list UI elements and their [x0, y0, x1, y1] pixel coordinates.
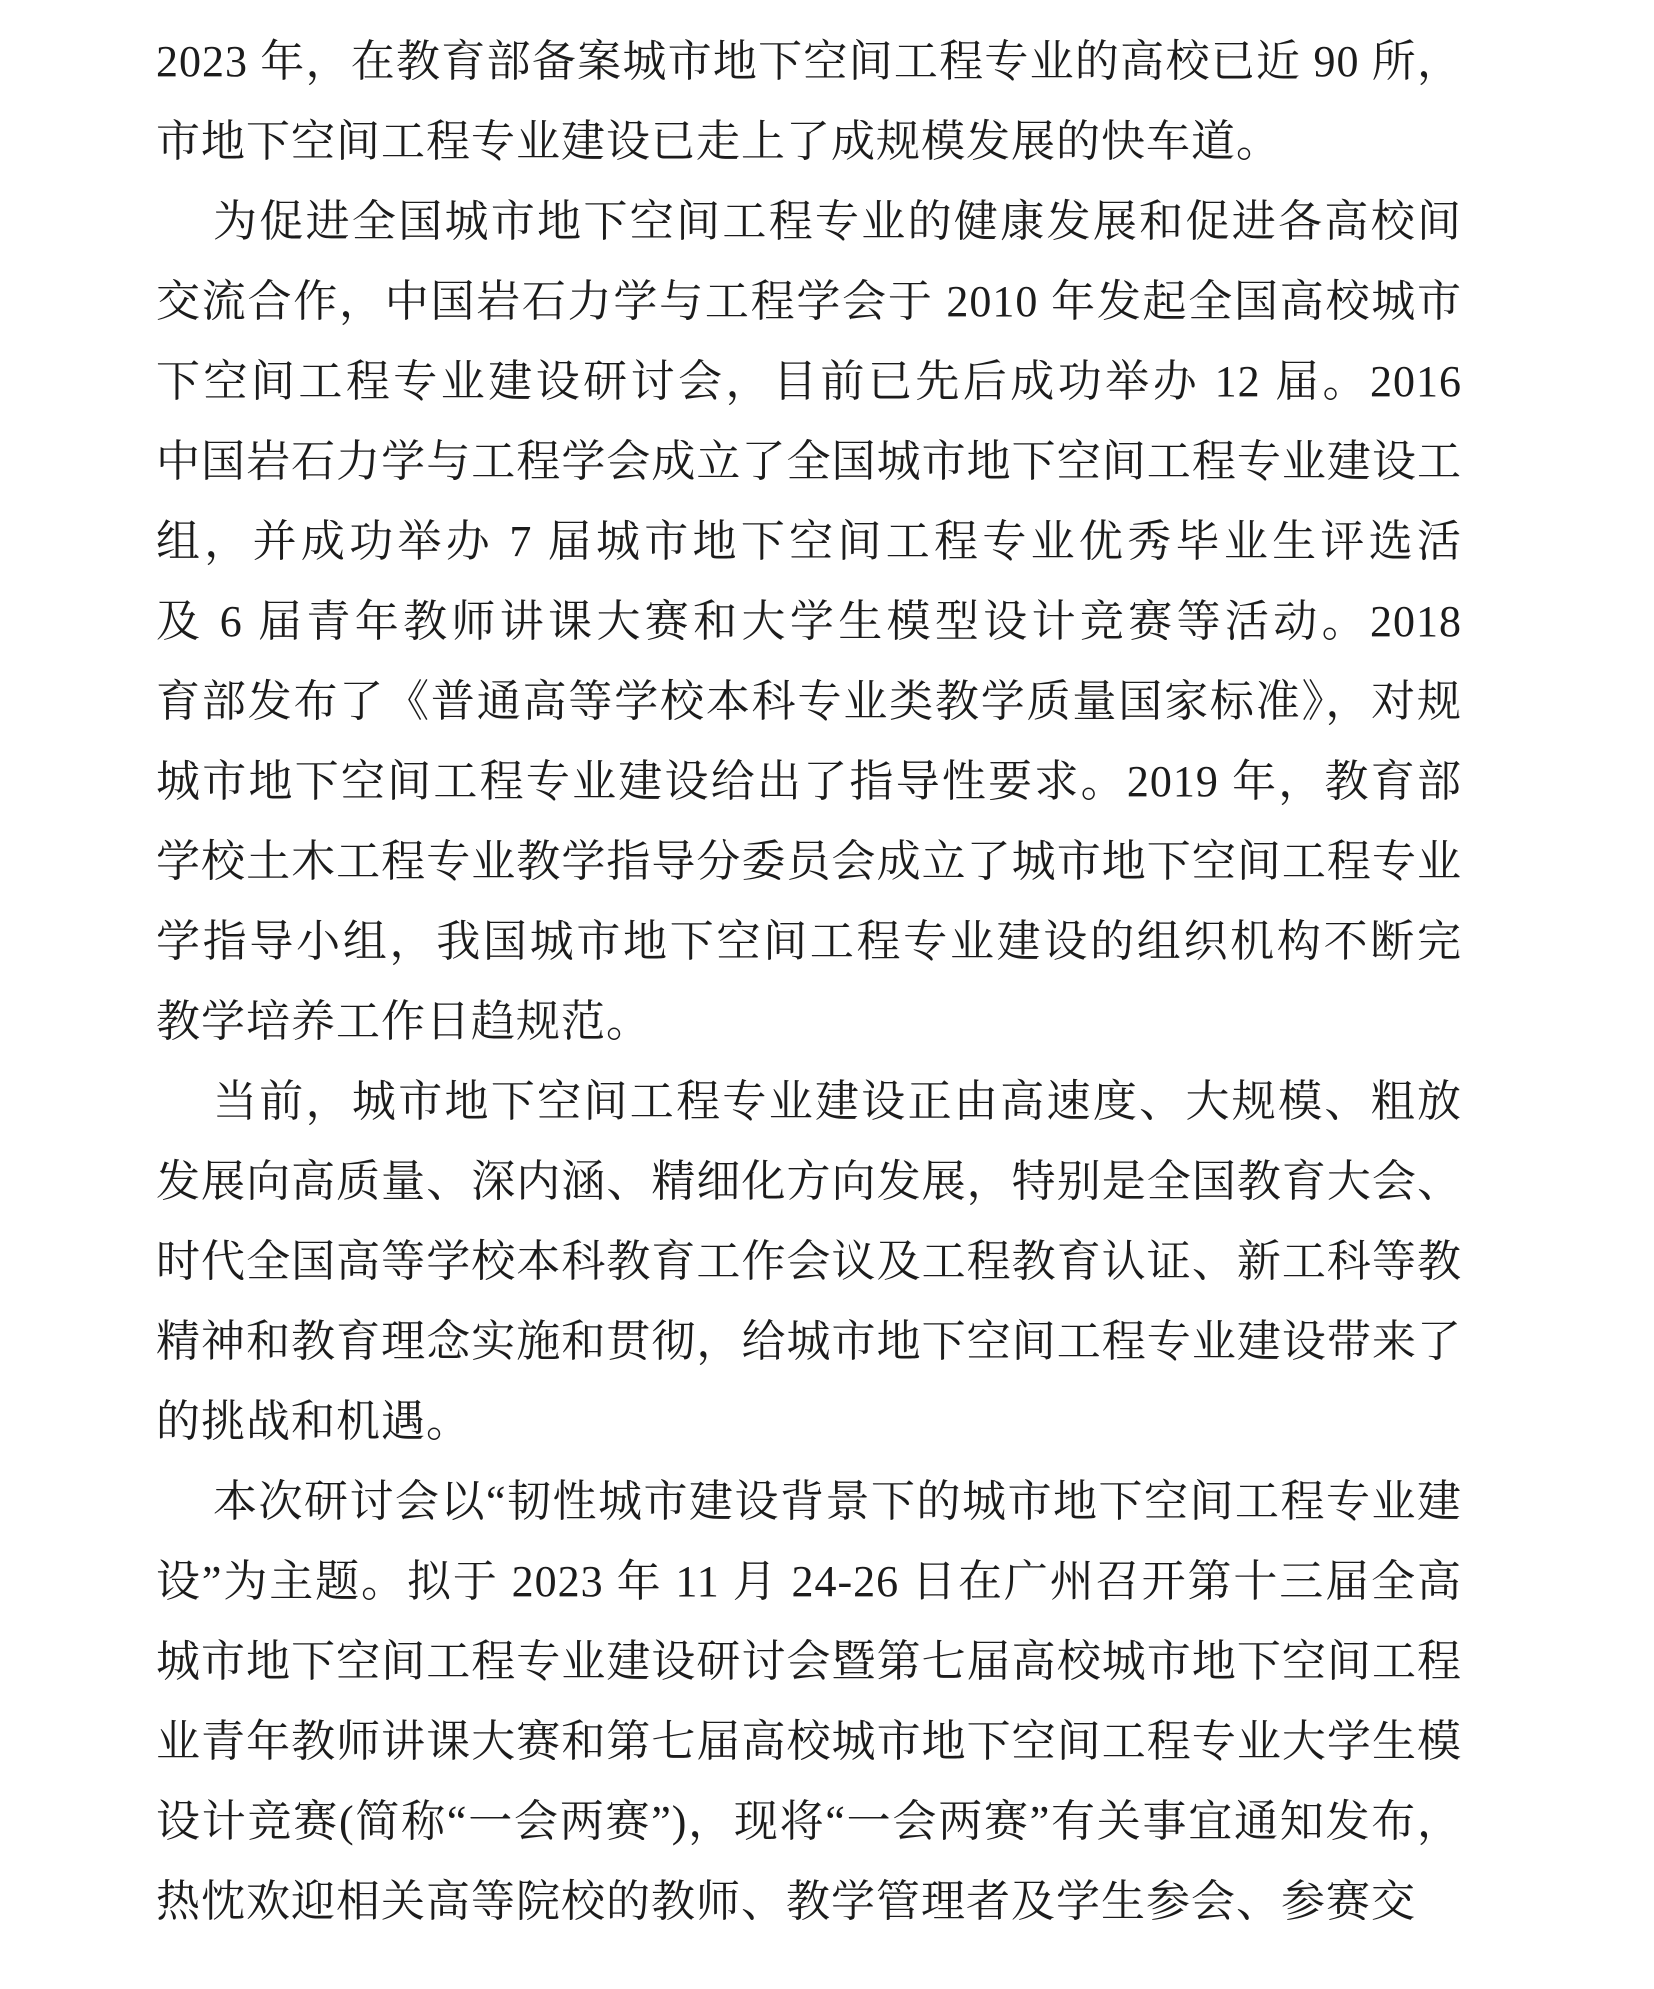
text-line: 下空间工程专业建设研讨会，目前已先后成功举办 12 届。2016 年， [156, 342, 1462, 422]
text-line: 交流合作，中国岩石力学与工程学会于 2010 年发起全国高校城市地 [156, 262, 1462, 342]
text-line: 时代全国高等学校本科教育工作会议及工程教育认证、新工科等教育 [156, 1222, 1462, 1302]
text-line: 设计竞赛(简称“一会两赛”)，现将“一会两赛”有关事宜通知发布， [156, 1782, 1462, 1862]
text-line: 教学培养工作日趋规范。 [156, 982, 1462, 1062]
document-page: 2023 年，在教育部备案城市地下空间工程专业的高校已近 90 所，城 市地下空… [0, 0, 1654, 1989]
text-line: 育部发布了《普通高等学校本科专业类教学质量国家标准》，对规范 [156, 662, 1462, 742]
text-line paragraph-start: 当前，城市地下空间工程专业建设正由高速度、大规模、粗放式 [156, 1062, 1462, 1142]
text-line: 设”为主题。拟于 2023 年 11 月 24-26 日在广州召开第十三届全高校 [156, 1542, 1462, 1622]
text-line: 学指导小组，我国城市地下空间工程专业建设的组织机构不断完善， [156, 902, 1462, 982]
text-line: 及 6 届青年教师讲课大赛和大学生模型设计竞赛等活动。2018 年，教 [156, 582, 1462, 662]
text-line: 热忱欢迎相关高等院校的教师、教学管理者及学生参会、参赛交流。 [156, 1862, 1462, 1942]
text-line: 城市地下空间工程专业建设研讨会暨第七届高校城市地下空间工程专 [156, 1622, 1462, 1702]
text-line paragraph-start: 为促进全国城市地下空间工程专业的健康发展和促进各高校间的 [156, 182, 1462, 262]
text-line paragraph-start: 本次研讨会以“韧性城市建设背景下的城市地下空间工程专业建 [156, 1462, 1462, 1542]
text-line: 市地下空间工程专业建设已走上了成规模发展的快车道。 [156, 102, 1462, 182]
text-line: 组，并成功举办 7 届城市地下空间工程专业优秀毕业生评选活动，以 [156, 502, 1462, 582]
text-line: 中国岩石力学与工程学会成立了全国城市地下空间工程专业建设工作 [156, 422, 1462, 502]
text-line: 2023 年，在教育部备案城市地下空间工程专业的高校已近 90 所，城 [156, 22, 1462, 102]
text-line: 城市地下空间工程专业建设给出了指导性要求。2019 年，教育部高等 [156, 742, 1462, 822]
text-line: 学校土木工程专业教学指导分委员会成立了城市地下空间工程专业教 [156, 822, 1462, 902]
text-line: 的挑战和机遇。 [156, 1382, 1462, 1462]
body-text: 2023 年，在教育部备案城市地下空间工程专业的高校已近 90 所，城 市地下空… [156, 22, 1462, 1942]
text-line: 业青年教师讲课大赛和第七届高校城市地下空间工程专业大学生模型 [156, 1702, 1462, 1782]
text-line: 精神和教育理念实施和贯彻，给城市地下空间工程专业建设带来了新 [156, 1302, 1462, 1382]
text-line: 发展向高质量、深内涵、精细化方向发展，特别是全国教育大会、新 [156, 1142, 1462, 1222]
